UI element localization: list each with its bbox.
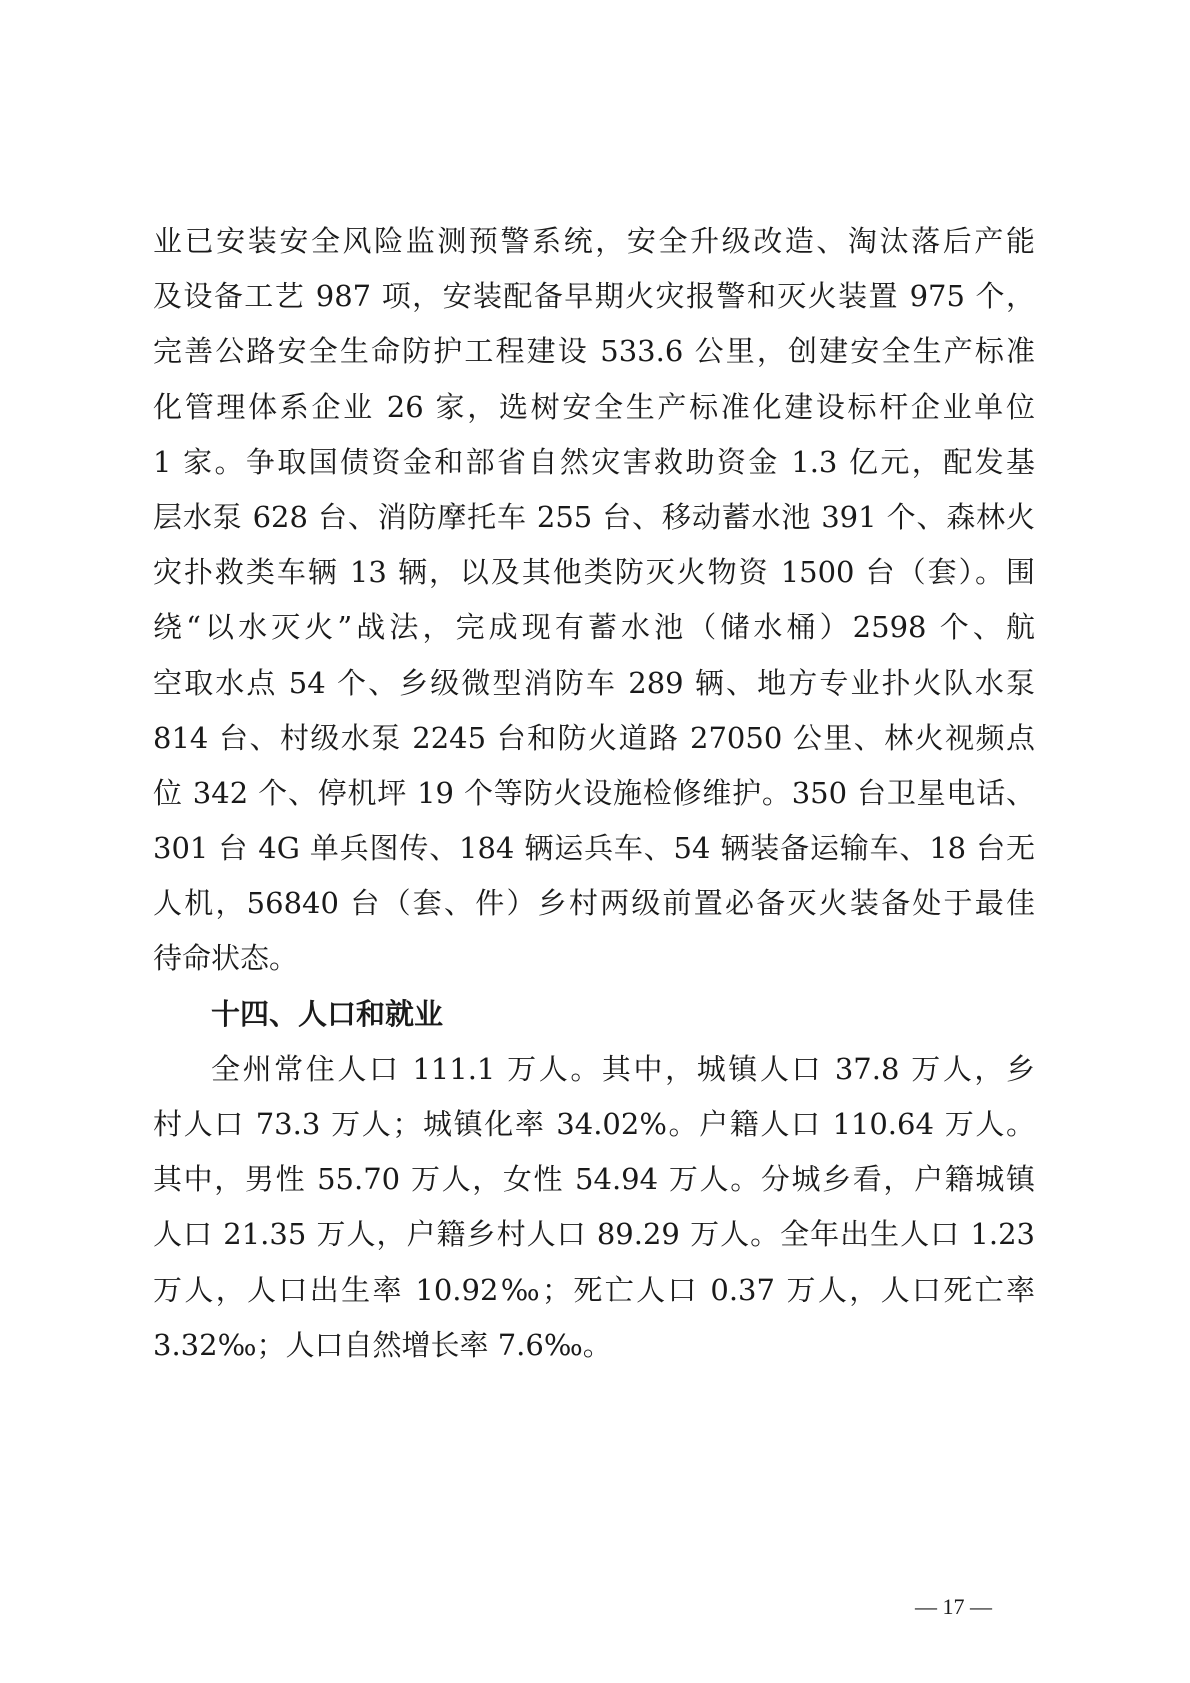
paragraph-safety-equipment: 业已安装安全风险监测预警系统，安全升级改造、淘汰落后产能 及设备工艺 987 项… bbox=[153, 214, 1035, 987]
text-line: 人口 21.35 万人，户籍乡村人口 89.29 万人。全年出生人口 1.23 bbox=[153, 1207, 1035, 1262]
text-line: 301 台 4G 单兵图传、184 辆运兵车、54 辆装备运输车、18 台无 bbox=[153, 821, 1035, 876]
text-line: 人机，56840 台（套、件）乡村两级前置必备灭火装备处于最佳 bbox=[153, 876, 1035, 931]
text-line: 1 家。争取国债资金和部省自然灾害救助资金 1.3 亿元，配发基 bbox=[153, 435, 1035, 490]
text-line: 万人，人口出生率 10.92‰；死亡人口 0.37 万人，人口死亡率 bbox=[153, 1263, 1035, 1318]
text-line: 及设备工艺 987 项，安装配备早期火灾报警和灭火装置 975 个， bbox=[153, 269, 1035, 324]
text-line: 814 台、村级水泵 2245 台和防火道路 27050 公里、林火视频点 bbox=[153, 711, 1035, 766]
text-line: 化管理体系企业 26 家，选树安全生产标准化建设标杆企业单位 bbox=[153, 380, 1035, 435]
text-line: 待命状态。 bbox=[153, 931, 1035, 986]
body-text: 业已安装安全风险监测预警系统，安全升级改造、淘汰落后产能 及设备工艺 987 项… bbox=[153, 214, 1035, 1373]
text-line: 村人口 73.3 万人；城镇化率 34.02%。户籍人口 110.64 万人。 bbox=[153, 1097, 1035, 1152]
document-page: 业已安装安全风险监测预警系统，安全升级改造、淘汰落后产能 及设备工艺 987 项… bbox=[0, 0, 1190, 1683]
text-line: 全州常住人口 111.1 万人。其中，城镇人口 37.8 万人，乡 bbox=[153, 1042, 1035, 1097]
page-number: — 17 — bbox=[915, 1592, 1055, 1622]
text-line: 空取水点 54 个、乡级微型消防车 289 辆、地方专业扑火队水泵 bbox=[153, 656, 1035, 711]
text-line: 业已安装安全风险监测预警系统，安全升级改造、淘汰落后产能 bbox=[153, 214, 1035, 269]
section-heading: 十四、人口和就业 bbox=[153, 987, 1035, 1042]
text-line: 层水泵 628 台、消防摩托车 255 台、移动蓄水池 391 个、森林火 bbox=[153, 490, 1035, 545]
text-line: 其中，男性 55.70 万人，女性 54.94 万人。分城乡看，户籍城镇 bbox=[153, 1152, 1035, 1207]
text-line: 3.32‰；人口自然增长率 7.6‰。 bbox=[153, 1318, 1035, 1373]
text-line: 绕“以水灭火”战法，完成现有蓄水池（储水桶）2598 个、航 bbox=[153, 600, 1035, 655]
text-line: 位 342 个、停机坪 19 个等防火设施检修维护。350 台卫星电话、 bbox=[153, 766, 1035, 821]
text-line: 灾扑救类车辆 13 辆，以及其他类防灭火物资 1500 台（套）。围 bbox=[153, 545, 1035, 600]
text-line: 完善公路安全生命防护工程建设 533.6 公里，创建安全生产标准 bbox=[153, 324, 1035, 379]
paragraph-population: 全州常住人口 111.1 万人。其中，城镇人口 37.8 万人，乡 村人口 73… bbox=[153, 1042, 1035, 1373]
